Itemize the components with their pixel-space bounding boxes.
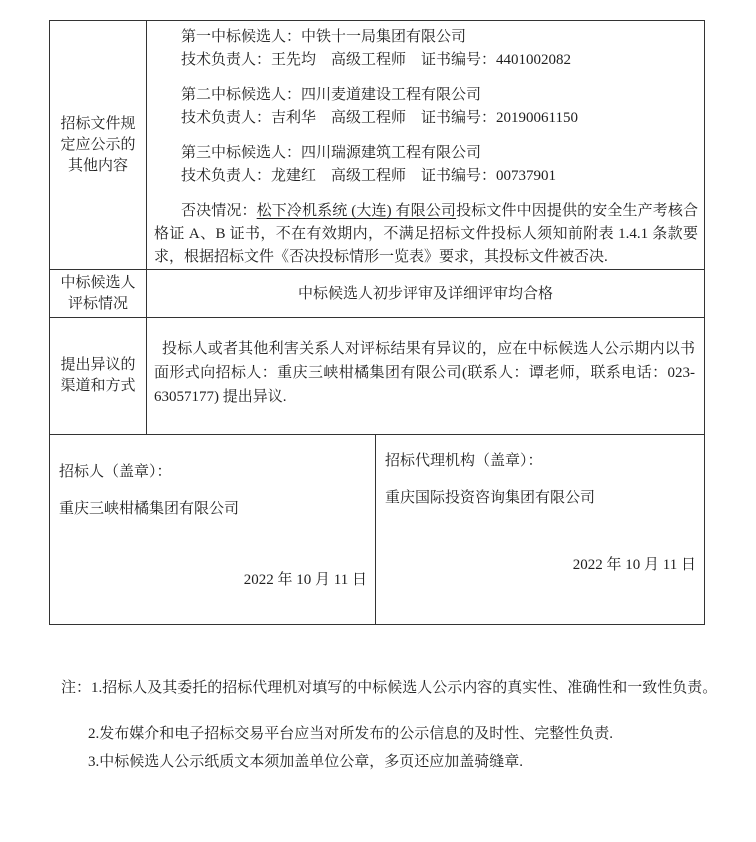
- bid-publicity-table: 招标文件规 定应公示的 其他内容 第一中标候选人：中铁十一局集团有限公司 技术负…: [49, 20, 705, 625]
- note-line-3: 3.中标候选人公示纸质文本须加盖单位公章，多页还应加盖骑缝章.: [88, 753, 721, 772]
- candidate-2-tech: 技术负责人：吉利华 高级工程师 证书编号：20190061150: [181, 107, 698, 130]
- agency-date: 2022 年 10 月 11 日: [385, 556, 696, 575]
- tenderer-signature-cell: 招标人（盖章）： 重庆三峡柑橘集团有限公司 2022 年 10 月 11 日: [50, 435, 376, 625]
- row-header-line: 提出异议的: [53, 355, 143, 376]
- table-row: 提出异议的 渠道和方式 投标人或者其他利害关系人对评标结果有异议的，应在中标候选…: [50, 318, 705, 435]
- row-header-line: 招标文件规: [53, 114, 143, 135]
- row-header-other-content: 招标文件规 定应公示的 其他内容: [50, 21, 147, 270]
- row-header-line: 中标候选人: [53, 273, 143, 294]
- tenderer-seal-label: 招标人（盖章）：: [59, 463, 367, 482]
- row-header-line: 渠道和方式: [53, 376, 143, 397]
- row-header-line: 定应公示的: [53, 135, 143, 156]
- note-line-2: 2.发布媒介和电子招标交易平台应当对所发布的公示信息的及时性、完整性负责.: [88, 725, 721, 744]
- notes-prefix: 注：: [61, 680, 91, 696]
- row-header-line: 评标情况: [53, 294, 143, 315]
- candidate-block-3: 第三中标候选人：四川瑞源建筑工程有限公司 技术负责人：龙建红 高级工程师 证书编…: [181, 142, 698, 188]
- candidate-3-name: 第三中标候选人：四川瑞源建筑工程有限公司: [181, 142, 698, 165]
- table-row: 中标候选人 评标情况 中标候选人初步评审及详细评审均合格: [50, 270, 705, 318]
- agency-signature-cell: 招标代理机构（盖章）： 重庆国际投资咨询集团有限公司 2022 年 10 月 1…: [376, 435, 705, 625]
- table-row: 招标文件规 定应公示的 其他内容 第一中标候选人：中铁十一局集团有限公司 技术负…: [50, 21, 705, 270]
- rejection-prefix: 否决情况：: [181, 203, 257, 219]
- agency-company-name: 重庆国际投资咨询集团有限公司: [385, 489, 696, 508]
- rejected-company-name: 松下冷机系统 (大连) 有限公司: [257, 203, 456, 219]
- tenderer-date: 2022 年 10 月 11 日: [59, 571, 367, 590]
- other-content-cell: 第一中标候选人：中铁十一局集团有限公司 技术负责人：王先均 高级工程师 证书编号…: [147, 21, 705, 270]
- rejection-paragraph: 否决情况：松下冷机系统 (大连) 有限公司投标文件中因提供的安全生产考核合格证 …: [154, 200, 698, 269]
- row-header-line: 其他内容: [53, 156, 143, 177]
- candidate-block-2: 第二中标候选人：四川麦道建设工程有限公司 技术负责人：吉利华 高级工程师 证书编…: [181, 84, 698, 130]
- table-row: 招标人（盖章）： 重庆三峡柑橘集团有限公司 2022 年 10 月 11 日 招…: [50, 435, 705, 625]
- objection-channel-cell: 投标人或者其他利害关系人对评标结果有异议的，应在中标候选人公示期内以书面形式向招…: [147, 318, 705, 435]
- candidate-block-1: 第一中标候选人：中铁十一局集团有限公司 技术负责人：王先均 高级工程师 证书编号…: [181, 26, 698, 72]
- candidate-3-tech: 技术负责人：龙建红 高级工程师 证书编号：00737901: [181, 165, 698, 188]
- notes-section: 注：1.招标人及其委托的招标代理机对填写的中标候选人公示内容的真实性、准确性和一…: [61, 679, 721, 772]
- candidate-2-name: 第二中标候选人：四川麦道建设工程有限公司: [181, 84, 698, 107]
- agency-seal-label: 招标代理机构（盖章）：: [385, 452, 696, 471]
- row-header-evaluation: 中标候选人 评标情况: [50, 270, 147, 318]
- tenderer-company-name: 重庆三峡柑橘集团有限公司: [59, 500, 367, 519]
- candidate-1-tech: 技术负责人：王先均 高级工程师 证书编号：4401002082: [181, 49, 698, 72]
- candidate-1-name: 第一中标候选人：中铁十一局集团有限公司: [181, 26, 698, 49]
- evaluation-result-cell: 中标候选人初步评审及详细评审均合格: [147, 270, 705, 318]
- note-line-1: 注：1.招标人及其委托的招标代理机对填写的中标候选人公示内容的真实性、准确性和一…: [61, 679, 721, 698]
- note-1-text: 1.招标人及其委托的招标代理机对填写的中标候选人公示内容的真实性、准确性和一致性…: [91, 680, 717, 696]
- row-header-objection: 提出异议的 渠道和方式: [50, 318, 147, 435]
